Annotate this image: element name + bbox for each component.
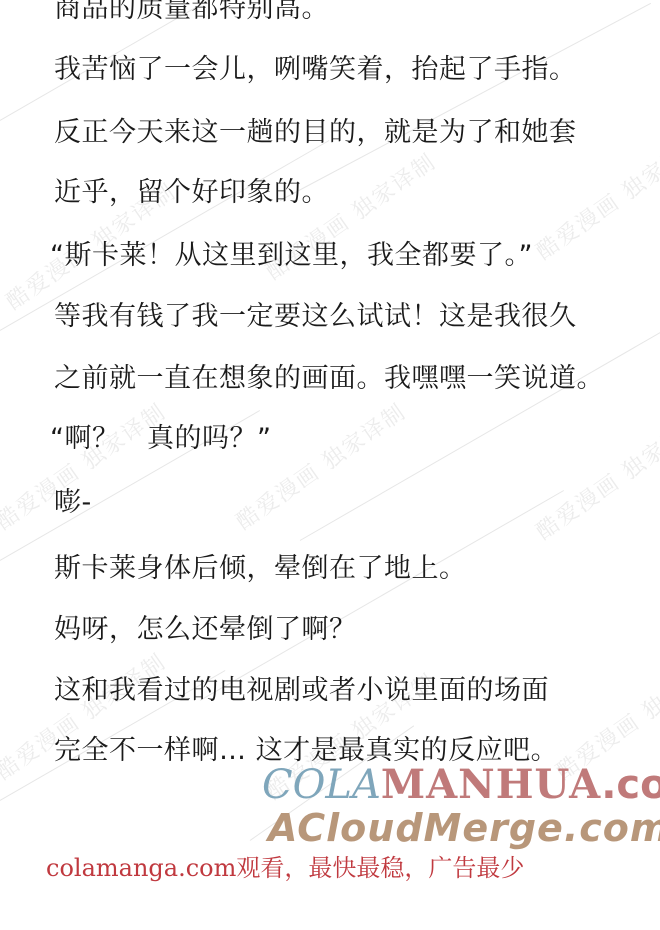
paragraph-line: 妈呀，怎么还晕倒了啊？	[54, 607, 357, 646]
paragraph-line: 嘭-	[54, 480, 92, 519]
paragraph-line: 斯卡莱身体后倾，晕倒在了地上。	[54, 546, 467, 585]
acloudmerge-logo: ACloudMerge.com	[268, 806, 660, 850]
paragraph-line: 这和我看过的电视剧或者小说里面的场面	[54, 668, 549, 707]
paragraph-line: “斯卡莱！从这里到这里，我全都要了。”	[50, 233, 533, 272]
ad-banner-text: colamanga.com观看，最快最稳，广告最少	[46, 848, 524, 883]
logo-cola-part: COLA	[262, 762, 381, 808]
watermark-text: 酷爱漫画 独家译制	[529, 405, 660, 546]
paragraph-line: “啊？ 真的吗？”	[50, 416, 271, 455]
watermark-line	[280, 3, 651, 201]
logo-manhua-part: MANHUA	[381, 761, 601, 808]
colamanhua-logo: COLAMANHUA.com	[262, 760, 660, 810]
paragraph-line: 商品的质量都特别高。	[54, 0, 329, 25]
paragraph-line: 反正今天来这一趟的目的，就是为了和她套	[54, 110, 577, 149]
logo-dotcom-part: .com	[601, 762, 660, 808]
paragraph-line: 我苦恼了一会儿，咧嘴笑着，抬起了手指。	[54, 47, 577, 86]
paragraph-line: 等我有钱了我一定要这么试试！这是我很久	[54, 294, 577, 333]
paragraph-line: 之前就一直在想象的画面。我嘿嘿一笑说道。	[54, 356, 604, 395]
paragraph-line: 近乎，留个好印象的。	[54, 170, 329, 209]
